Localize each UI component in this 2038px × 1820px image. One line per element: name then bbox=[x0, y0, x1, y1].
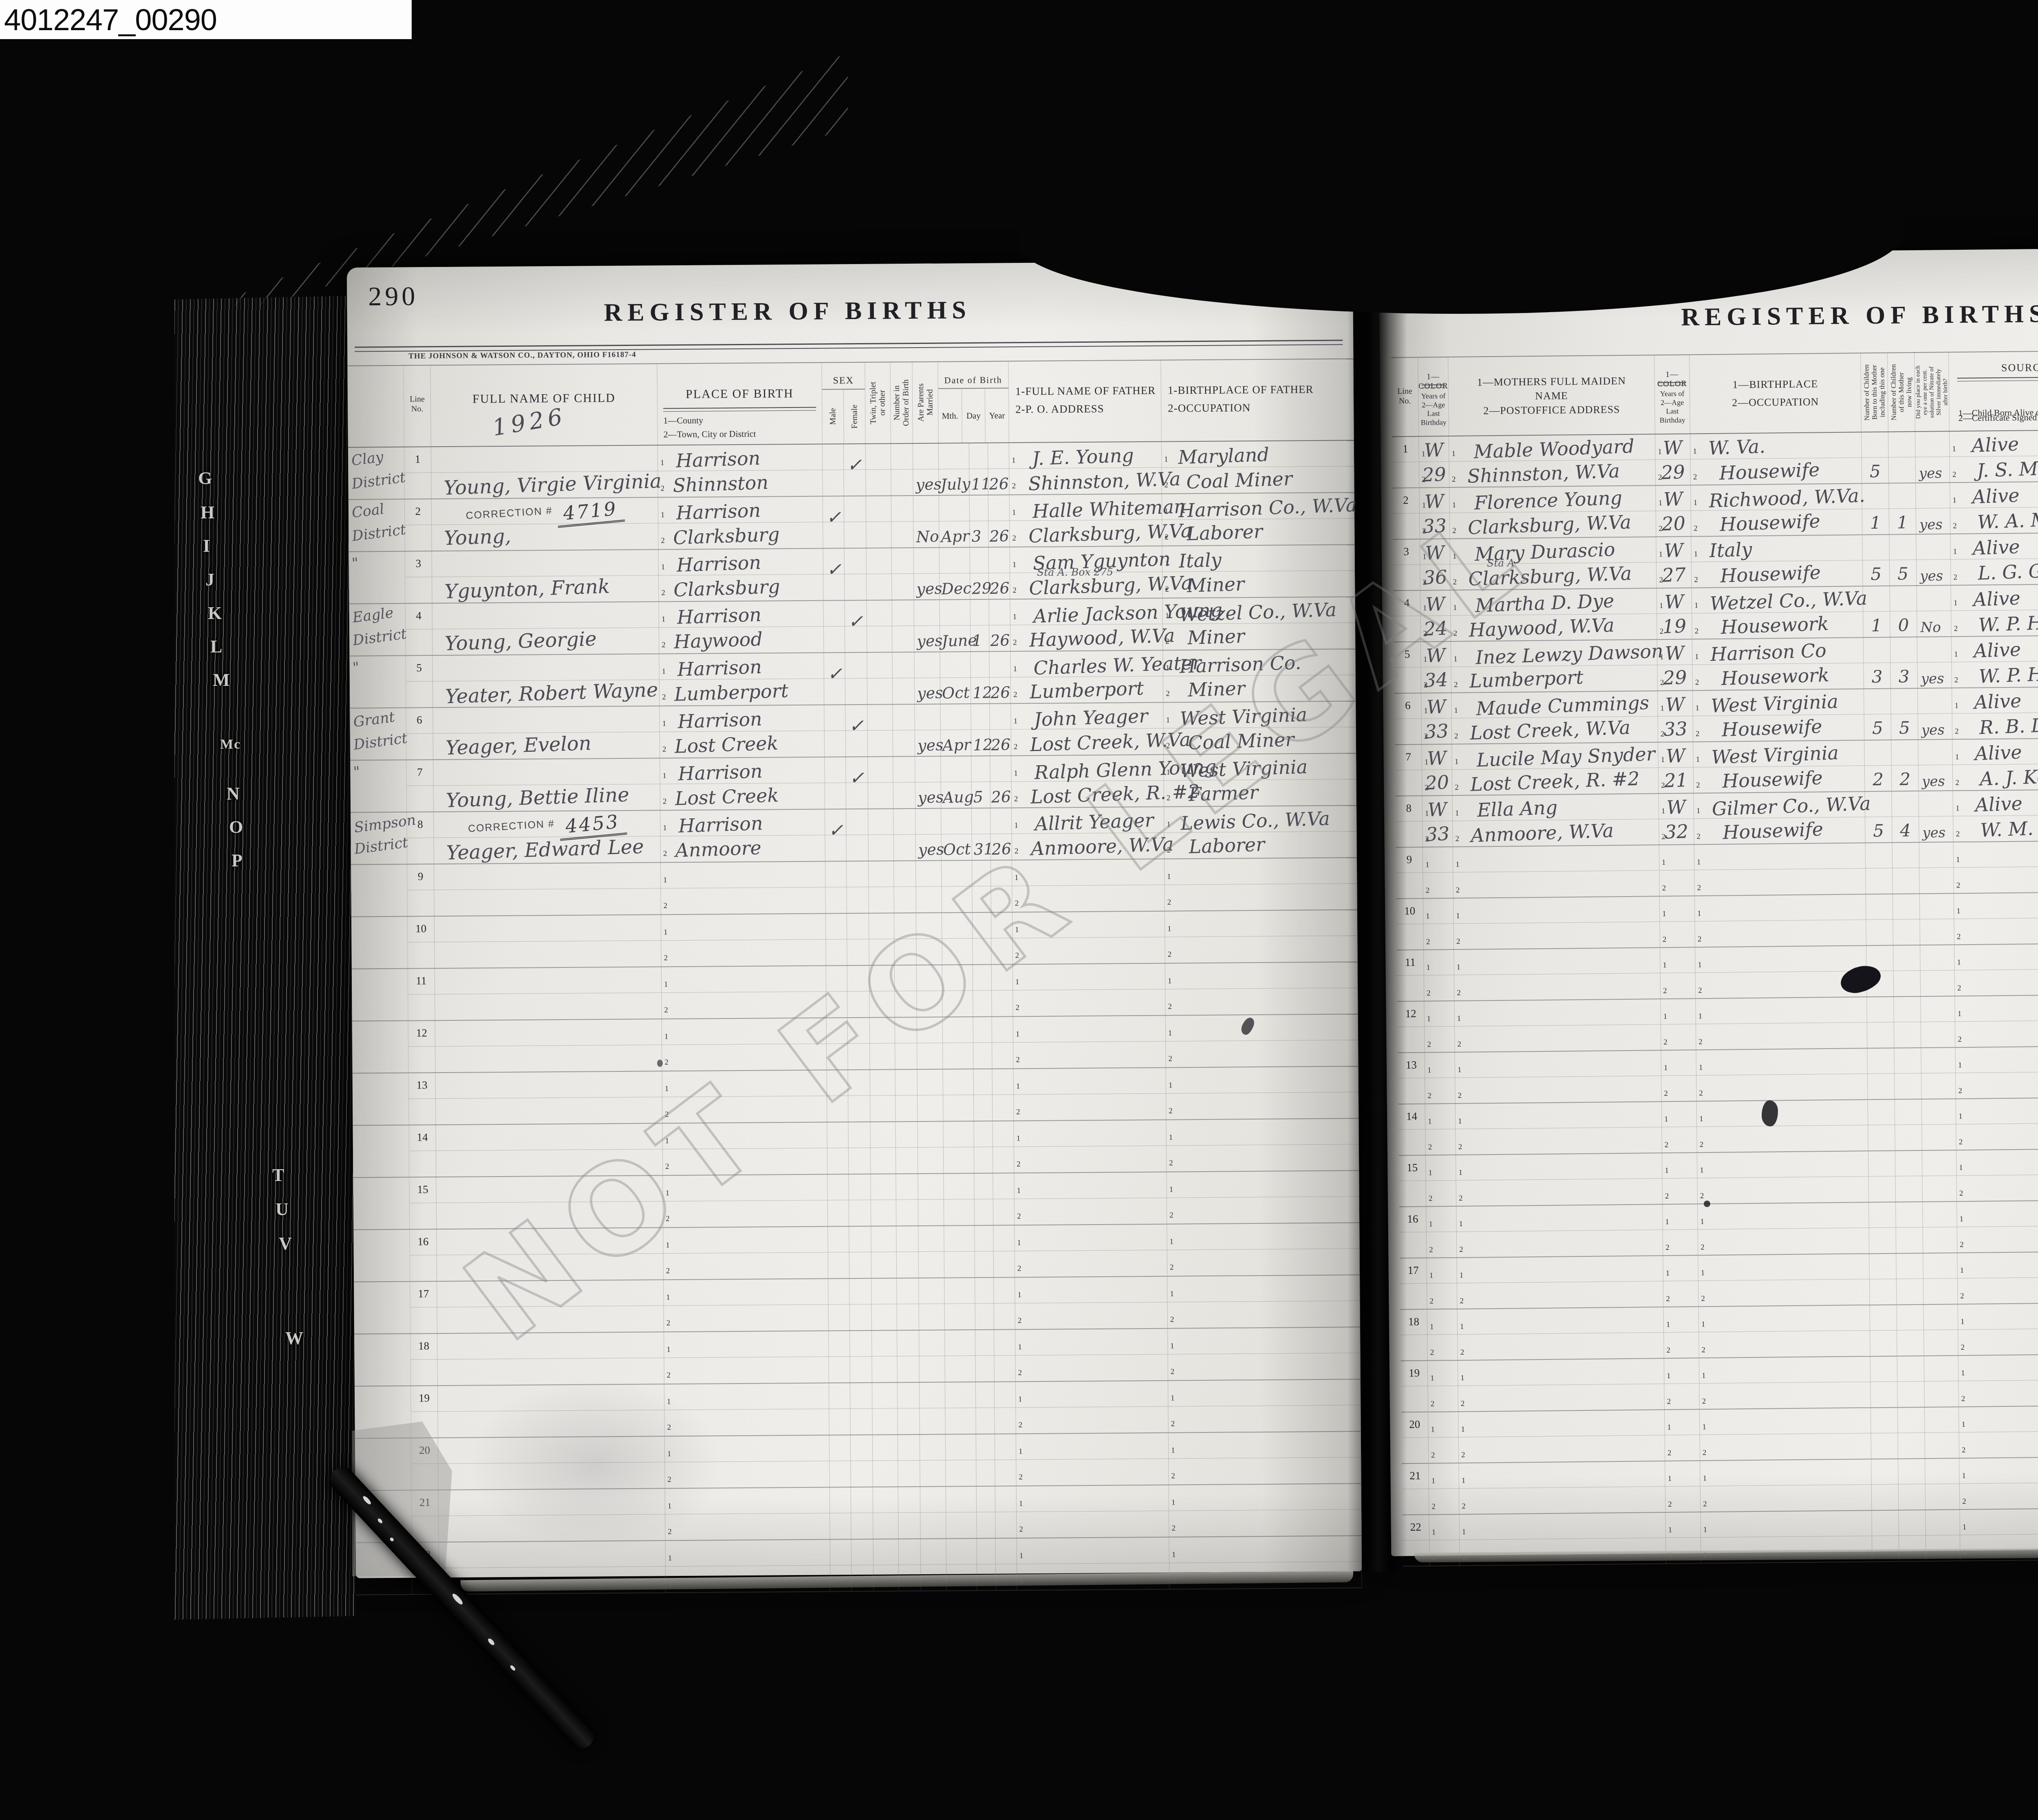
place-of-birth-header: PLACE OF BIRTH 1—County 2—Town, City or … bbox=[657, 363, 822, 445]
cell-dob-mth bbox=[942, 965, 973, 1017]
cell-father-name: 12 bbox=[1015, 1225, 1167, 1277]
subline-marker-1: 1 bbox=[1963, 1523, 1967, 1532]
cell-mother-color-age: 12 bbox=[1664, 1358, 1700, 1409]
silver-nitrate-answer: yes bbox=[1921, 670, 1944, 687]
subline-marker-2: 2 bbox=[665, 1162, 669, 1171]
father-occupation: Coal Miner bbox=[1186, 467, 1293, 493]
subline-marker-2: 2 bbox=[1694, 524, 1698, 533]
cell-twin bbox=[869, 913, 895, 965]
cell-mother-name: 12 bbox=[1458, 1410, 1665, 1463]
cell-twin bbox=[870, 1122, 896, 1173]
alphabet-tab-n: N bbox=[227, 783, 240, 804]
cell-sex-female bbox=[849, 1227, 871, 1278]
certificate-signed-by: J. S. Maloy bbox=[1976, 456, 2038, 482]
mother-maiden-name: Inez Lewzy Dawson bbox=[1475, 640, 1663, 668]
subline-marker-1: 1 bbox=[1171, 1498, 1176, 1507]
certificate-signed-by: W. P. Hammer bbox=[1978, 609, 2038, 636]
subline-marker-2: 2 bbox=[1959, 1189, 1963, 1198]
subline-marker-1: 1 bbox=[1014, 769, 1018, 778]
line-number: 11 bbox=[408, 974, 435, 987]
cell-mother-name: 12Mary DurascioSta AClarksburg, W.Va bbox=[1450, 537, 1656, 590]
alphabet-tab-t: T bbox=[272, 1165, 285, 1185]
alphabet-tab-j: J bbox=[205, 569, 215, 590]
cell-dob-mth: July bbox=[939, 443, 970, 495]
subline-marker-1: 1 bbox=[1696, 755, 1700, 764]
cell-dob-mth bbox=[944, 1278, 975, 1330]
cell-married: yes bbox=[915, 809, 942, 860]
male-checkmark: ✓ bbox=[827, 663, 843, 684]
subline-marker-1: 1 bbox=[1693, 447, 1697, 456]
subline-marker-2: 2 bbox=[1957, 984, 1961, 993]
cell-mother-birthplace: 12 bbox=[1695, 895, 1866, 947]
subline-marker-2: 2 bbox=[1456, 937, 1460, 946]
subline-marker-2: 2 bbox=[1427, 1092, 1431, 1101]
child-name: Young, Georgie bbox=[444, 628, 597, 655]
mother-maiden-name: Maude Cummings bbox=[1476, 692, 1650, 720]
cell-mother-color-age: 12 bbox=[1659, 845, 1695, 896]
cell-place-of-birth: 12HarrisonLost Creek bbox=[659, 705, 825, 758]
cell-dob-year bbox=[994, 1278, 1015, 1329]
cell-twin bbox=[867, 705, 893, 756]
subline-marker-1: 1 bbox=[1694, 550, 1698, 559]
subline-marker-1: 1 bbox=[1017, 1291, 1021, 1300]
table-row: 151212121212 bbox=[1399, 1147, 2038, 1207]
dob-day: 5 bbox=[973, 788, 984, 806]
subline-marker-2: 2 bbox=[1696, 729, 1700, 738]
subline-marker-2: 2 bbox=[1169, 1107, 1173, 1116]
cell-mother-name: 12Ella AngAnmoore, W.Va bbox=[1452, 794, 1659, 846]
district-note: District bbox=[351, 469, 406, 493]
correction-number: 4453 bbox=[558, 810, 627, 841]
cell-dob-year: 26 bbox=[989, 547, 1010, 599]
dob-year: 26 bbox=[990, 579, 1010, 598]
subline-marker-1: 1 bbox=[1961, 1318, 1965, 1326]
subline-marker-1: 1 bbox=[1460, 1322, 1464, 1331]
certificate-signed-by: W. A. Marsh bbox=[1977, 507, 2038, 533]
mother-birthplace: Gilmer Co., W.Va bbox=[1712, 792, 1871, 820]
cell-district bbox=[353, 1073, 409, 1125]
subline-marker-1: 1 bbox=[661, 563, 665, 572]
mother-age: 32 bbox=[1659, 820, 1694, 843]
cell-sex-male bbox=[829, 1435, 851, 1487]
father-birthplace: Maryland bbox=[1178, 443, 1269, 468]
cell-dob-year bbox=[995, 1486, 1017, 1538]
mother-color: W bbox=[1657, 641, 1692, 665]
mother-birthplace: Wetzel Co., W.Va bbox=[1709, 587, 1868, 615]
cell-order bbox=[893, 757, 915, 808]
cell-district bbox=[353, 1126, 410, 1177]
subline-marker-1: 1 bbox=[661, 511, 665, 520]
cell-married bbox=[920, 1382, 946, 1434]
subline-marker-2: 2 bbox=[1695, 627, 1699, 636]
cell-married: yes bbox=[914, 548, 940, 599]
cell-married bbox=[919, 1278, 945, 1329]
subline-marker-1: 1 bbox=[1171, 1394, 1175, 1403]
cell-dob-day bbox=[974, 1122, 993, 1173]
mother-maiden-name: Mable Woodyard bbox=[1473, 435, 1634, 463]
subline-marker-1: 1 bbox=[1698, 961, 1702, 969]
subline-marker-2: 2 bbox=[1666, 1295, 1670, 1304]
father-age: 33 bbox=[1422, 822, 1453, 846]
father-name: Allrit Yeager bbox=[1034, 809, 1154, 835]
children-living-count: 3 bbox=[1890, 666, 1917, 687]
cell-place-of-birth: 12 bbox=[661, 914, 826, 966]
subline-marker-1: 1 bbox=[1016, 1082, 1020, 1091]
cell-sex-female bbox=[849, 1279, 872, 1330]
cell-source-of-information: 12 bbox=[1959, 1353, 2038, 1406]
mother-color: W bbox=[1656, 539, 1692, 562]
subline-marker-1: 1 bbox=[1697, 858, 1701, 867]
subline-marker-2: 2 bbox=[1427, 989, 1431, 998]
sex-header-group: SEX Male Female bbox=[822, 363, 865, 444]
district-note: District bbox=[351, 522, 407, 545]
cell-mother-birthplace: 12 bbox=[1697, 1100, 1868, 1152]
cell-children-living bbox=[1894, 1048, 1921, 1099]
cell-order bbox=[895, 965, 917, 1017]
subline-marker-2: 2 bbox=[662, 693, 666, 702]
subline-marker-1: 1 bbox=[663, 876, 667, 885]
cell-mother-birthplace: 12W. Va.Housewife bbox=[1690, 432, 1862, 485]
male-checkmark: ✓ bbox=[826, 507, 841, 528]
father-color: W bbox=[1421, 695, 1451, 718]
subline-marker-2: 2 bbox=[1695, 678, 1699, 687]
cell-children-born bbox=[1870, 1357, 1898, 1408]
father-color: W bbox=[1422, 798, 1453, 821]
dob-year: 26 bbox=[989, 527, 1010, 546]
subline-marker-1: 1 bbox=[1958, 1009, 1962, 1018]
cell-married bbox=[918, 1226, 944, 1277]
cell-dob-day bbox=[975, 1330, 995, 1382]
cell-order bbox=[894, 861, 916, 912]
cell-source-of-information: 12 bbox=[1955, 1045, 2038, 1098]
cell-place-of-birth: 12 bbox=[662, 1122, 827, 1175]
subline-marker-2: 2 bbox=[1454, 681, 1458, 690]
children-born-count: 5 bbox=[1863, 564, 1889, 584]
cell-dob-day: 12 bbox=[970, 652, 990, 703]
subline-marker-2: 2 bbox=[666, 1319, 671, 1328]
subline-marker-2: 2 bbox=[1169, 1211, 1173, 1220]
subline-marker-2: 2 bbox=[661, 536, 665, 545]
cell-child-name bbox=[435, 915, 662, 968]
subline-marker-2: 2 bbox=[666, 1214, 670, 1223]
paper-smudge bbox=[469, 1377, 721, 1553]
subline-marker-2: 2 bbox=[1459, 1245, 1463, 1254]
mother-birthplace: Richwood, W.Va. bbox=[1709, 484, 1866, 512]
cell-sex-male bbox=[826, 914, 847, 965]
mother-address: Lost Creek, W.Va bbox=[1469, 716, 1631, 744]
mother-age: 21 bbox=[1658, 769, 1694, 792]
subline-marker-1: 1 bbox=[1462, 1528, 1466, 1537]
father-age: 34 bbox=[1421, 668, 1451, 692]
cell-dob-year bbox=[995, 1382, 1016, 1433]
cell-father-color-age: 12W33 bbox=[1419, 488, 1450, 539]
district-note: Coal bbox=[351, 501, 385, 521]
mother-birthplace: W. Va. bbox=[1708, 435, 1765, 459]
mother-address: Lumberport bbox=[1469, 666, 1584, 692]
cell-father-birthplace: 12 bbox=[1166, 1014, 1359, 1067]
correction-stamp: CORRECTION #4719 bbox=[465, 498, 625, 532]
cell-district: " bbox=[350, 760, 407, 812]
cell-mother-birthplace: 12 bbox=[1696, 1049, 1868, 1101]
cell-order bbox=[896, 1226, 919, 1278]
cell-father-color-age: 12W33 bbox=[1422, 796, 1453, 847]
cell-silver-nitrate: yes bbox=[1918, 740, 1953, 791]
table-row: "5Yeater, Robert Wayne12HarrisonLumberpo… bbox=[349, 649, 1356, 708]
cell-sex-female bbox=[851, 1487, 873, 1539]
subline-marker-1: 1 bbox=[1457, 1014, 1461, 1023]
father-color-header: 1—COLOR Years of 2—Age Last Birthday bbox=[1418, 357, 1449, 436]
cell-order bbox=[894, 913, 917, 965]
cell-dob-day bbox=[973, 913, 992, 964]
cell-source-of-information: 12 bbox=[1956, 1148, 2038, 1201]
father-occupation: Miner bbox=[1187, 625, 1245, 649]
cell-silver-nitrate bbox=[1922, 1099, 1956, 1150]
birth-town: Lost Creek bbox=[675, 784, 779, 809]
subline-marker-1: 1 bbox=[1169, 1081, 1173, 1090]
father-occupation: Coal Miner bbox=[1188, 728, 1295, 754]
table-row: 212W3312Florence YoungClarksburg, W.Va12… bbox=[1392, 480, 2038, 540]
cell-father-color-age: 12 bbox=[1428, 1412, 1459, 1463]
subline-marker-1: 1 bbox=[1458, 1117, 1462, 1126]
cell-children-born bbox=[1869, 1203, 1896, 1254]
cell-place-of-birth: 12 bbox=[663, 1174, 828, 1227]
subline-marker-1: 1 bbox=[1426, 963, 1430, 972]
subline-marker-1: 1 bbox=[1956, 855, 1960, 864]
subline-marker-2: 2 bbox=[1167, 898, 1171, 907]
table-row: 512W3412Inez Lewzy DawsonLumberport12W29… bbox=[1394, 634, 2038, 694]
subline-marker-1: 1 bbox=[1666, 1320, 1670, 1329]
cell-children-living bbox=[1898, 1459, 1926, 1510]
subline-marker-1: 1 bbox=[1012, 560, 1017, 569]
cell-mother-birthplace: 12 bbox=[1698, 1203, 1869, 1255]
cell-source-of-information: 12Alive2:30 P.M.J. S. Maloy bbox=[1950, 429, 2038, 482]
cell-district: " bbox=[349, 656, 406, 708]
children-born-count: 3 bbox=[1864, 667, 1890, 687]
mother-color: W bbox=[1655, 436, 1690, 459]
dob-year: 26 bbox=[990, 631, 1010, 650]
subline-marker-2: 2 bbox=[1699, 1089, 1703, 1098]
subline-marker-2: 2 bbox=[1665, 1141, 1669, 1150]
cell-place-of-birth: 12 bbox=[662, 1018, 827, 1071]
cell-father-name: 12Allrit YeagerAnmoore, W.Va bbox=[1012, 807, 1165, 860]
cell-dob-year: 26 bbox=[988, 443, 1010, 494]
subline-marker-2: 2 bbox=[1457, 989, 1461, 998]
cell-mother-color-age: 12 bbox=[1660, 947, 1696, 998]
cell-dob-year bbox=[994, 1330, 1016, 1381]
cell-father-name: 12Halle WhitemanClarksburg, W.Va bbox=[1010, 494, 1162, 547]
subline-marker-1: 1 bbox=[1014, 821, 1018, 830]
cell-married: yes bbox=[915, 705, 941, 756]
cell-mother-color-age: 12W21 bbox=[1658, 742, 1694, 793]
birth-town: Anmoore bbox=[675, 837, 762, 862]
cell-father-birthplace: 12Lewis Co., W.VaLaborer bbox=[1164, 806, 1357, 858]
mother-address: Shinnston, W.Va bbox=[1467, 460, 1620, 487]
cell-mother-color-age: 12 bbox=[1665, 1410, 1700, 1461]
children-living-count: 4 bbox=[1892, 820, 1919, 841]
cell-child-name: Yguynton, Frank bbox=[432, 550, 659, 603]
cell-order bbox=[892, 600, 915, 652]
birth-county: Harrison bbox=[678, 812, 763, 837]
subline-marker-2: 2 bbox=[1701, 1346, 1705, 1355]
subline-marker-2: 2 bbox=[1017, 1160, 1021, 1169]
subline-marker-1: 1 bbox=[1458, 1066, 1462, 1075]
cell-married bbox=[920, 1434, 946, 1486]
cell-children-living bbox=[1897, 1305, 1924, 1356]
subline-marker-1: 1 bbox=[1018, 1343, 1022, 1352]
cell-twin bbox=[872, 1383, 898, 1434]
table-row: EagleDistrict4Young, Georgie12HarrisonHa… bbox=[349, 597, 1356, 656]
subline-marker-1: 1 bbox=[666, 1293, 670, 1302]
cell-children-living: 0 bbox=[1890, 586, 1917, 637]
table-row: 17121212 bbox=[354, 1275, 1360, 1334]
cell-dob-year: 26 bbox=[990, 704, 1011, 755]
subline-marker-1: 1 bbox=[1663, 1012, 1667, 1021]
born-alive-status: Alive bbox=[1974, 741, 2023, 765]
subline-marker-2: 2 bbox=[1017, 1212, 1021, 1221]
cell-child-name: CORRECTION #4453Yeager, Edward Lee bbox=[434, 811, 661, 864]
cell-father-color-age: 12 bbox=[1423, 899, 1454, 950]
subline-marker-1: 1 bbox=[1431, 1425, 1435, 1434]
cell-mother-birthplace: 12Wetzel Co., W.VaHousework bbox=[1692, 586, 1864, 639]
cell-dob-mth bbox=[944, 1174, 975, 1225]
cell-district bbox=[353, 1178, 410, 1229]
cell-father-birthplace: 12 bbox=[1166, 1066, 1359, 1119]
subline-marker-1: 1 bbox=[1693, 498, 1697, 507]
female-checkmark: ✓ bbox=[849, 768, 864, 789]
cell-child-name bbox=[436, 1071, 663, 1124]
subline-marker-1: 1 bbox=[1429, 1220, 1433, 1229]
subline-marker-2: 2 bbox=[1959, 1138, 1963, 1147]
cell-source-of-information: 12 bbox=[1954, 891, 2038, 944]
table-row: 15121212 bbox=[353, 1171, 1359, 1230]
father-color: W bbox=[1419, 490, 1450, 513]
dob-header-group: Date of Birth Mth. Day Year bbox=[938, 361, 1009, 443]
mother-birthplace: West Virginia bbox=[1710, 690, 1838, 717]
subline-marker-2: 2 bbox=[1455, 835, 1459, 844]
cell-silver-nitrate bbox=[1923, 1253, 1958, 1304]
subline-marker-1: 1 bbox=[1168, 977, 1172, 986]
district-note: District bbox=[353, 730, 408, 754]
subline-marker-1: 1 bbox=[1013, 665, 1017, 674]
cell-dob-mth: Apr bbox=[940, 704, 971, 756]
cell-sex-male: ✓ bbox=[825, 809, 847, 861]
subline-marker-1: 1 bbox=[1428, 1169, 1432, 1178]
cell-mother-color-age: 12 bbox=[1661, 999, 1696, 1050]
subline-marker-1: 1 bbox=[1169, 1238, 1173, 1247]
father-birthplace: Italy bbox=[1178, 549, 1222, 572]
cell-father-name: 12Arlie Jackson YoungHaywood, W.Va bbox=[1010, 599, 1163, 651]
cell-sex-male bbox=[825, 757, 846, 809]
cell-child-name: Young, Bettie Iline bbox=[433, 758, 660, 811]
rule bbox=[1957, 375, 2038, 381]
cell-father-birthplace: 12West VirginiaCoal Miner bbox=[1163, 701, 1356, 754]
cell-mother-birthplace: 12 bbox=[1699, 1357, 1871, 1409]
cell-silver-nitrate: yes bbox=[1915, 432, 1950, 483]
cell-children-living bbox=[1893, 894, 1920, 945]
cell-children-living bbox=[1893, 945, 1921, 996]
birth-town: Shinnston bbox=[673, 471, 769, 496]
table-row: 141212121212 bbox=[1398, 1096, 2038, 1156]
subline-marker-1: 1 bbox=[665, 1137, 669, 1146]
cell-dob-day bbox=[972, 861, 991, 912]
subline-marker-1: 1 bbox=[1458, 1168, 1462, 1177]
subline-marker-2: 2 bbox=[1016, 1055, 1020, 1064]
dob-year: 26 bbox=[991, 840, 1012, 859]
cell-mother-name: 12Inez Lewzy DawsonLumberport bbox=[1451, 640, 1658, 692]
subline-marker-1: 1 bbox=[1960, 1266, 1964, 1275]
father-age: 33 bbox=[1419, 514, 1450, 538]
births-table-right: Line No. 1—COLOR Years of 2—Age Last Bir… bbox=[1380, 348, 2038, 1567]
order-header: Number in Order of Birth bbox=[890, 362, 913, 443]
cell-child-name bbox=[436, 1176, 663, 1229]
cell-silver-nitrate bbox=[1919, 842, 1954, 893]
cell-sex-male bbox=[825, 862, 847, 913]
cell-source-of-information: 12Alive1:35 P.M.W. P. Hammer bbox=[1951, 583, 2038, 636]
subline-marker-2: 2 bbox=[1460, 1297, 1464, 1306]
born-alive-status: Alive bbox=[1971, 433, 2019, 456]
subline-marker-1: 1 bbox=[665, 1084, 669, 1093]
cell-sex-male bbox=[830, 1487, 851, 1539]
table-row: 712W2012Lucile May SnyderLost Creek, R. … bbox=[1395, 736, 2038, 796]
cell-father-color-age: 12W20 bbox=[1422, 745, 1452, 795]
cell-silver-nitrate bbox=[1925, 1407, 1959, 1458]
subline-marker-2: 2 bbox=[663, 849, 667, 858]
children-living-count: 2 bbox=[1892, 769, 1918, 789]
table-row: "3Yguynton, Frank12HarrisonClarksburg✓ye… bbox=[349, 545, 1355, 604]
father-color: W bbox=[1420, 644, 1451, 667]
child-name: Young, Bettie Iline bbox=[446, 783, 629, 812]
cell-sex-male bbox=[827, 1018, 848, 1069]
scan-id-strip: 4012247_00290 bbox=[0, 0, 412, 39]
father-birthplace: West Virginia bbox=[1180, 756, 1308, 782]
cell-dob-day bbox=[974, 1069, 993, 1121]
subline-marker-1: 1 bbox=[1427, 1066, 1431, 1075]
alphabet-tab-g: G bbox=[198, 468, 213, 489]
cell-twin bbox=[868, 757, 893, 808]
cell-sex-female bbox=[847, 966, 870, 1017]
subline-marker-1: 1 bbox=[1955, 753, 1959, 762]
subline-marker-2: 2 bbox=[1955, 778, 1959, 787]
cell-child-name: Yeager, Evelon bbox=[433, 706, 660, 759]
cell-mother-color-age: 12W32 bbox=[1659, 793, 1694, 844]
cell-twin bbox=[870, 1018, 895, 1069]
subline-marker-2: 2 bbox=[1960, 1241, 1964, 1249]
right-page: 290 REGISTER OF BIRTHS Line No. 1—COLOR … bbox=[1379, 246, 2038, 1556]
alphabet-tab-u: U bbox=[276, 1199, 289, 1220]
line-number: 4 bbox=[406, 609, 432, 622]
subline-marker-2: 2 bbox=[1015, 951, 1019, 960]
subline-marker-2: 2 bbox=[1701, 1243, 1705, 1252]
cell-mother-birthplace: 12Richwood, W.Va.Housewife bbox=[1691, 484, 1862, 536]
cell-place-of-birth: 12 bbox=[661, 862, 826, 914]
mother-occupation: Housework bbox=[1721, 664, 1830, 690]
cell-father-birthplace: 12 bbox=[1166, 1119, 1359, 1171]
certificate-signed-by: A. J. Kemper bbox=[1979, 764, 2038, 790]
cell-mother-color-age: 12W19 bbox=[1657, 588, 1692, 639]
table-row: "7Young, Bettie Iline12HarrisonLost Cree… bbox=[350, 754, 1356, 813]
cell-silver-nitrate bbox=[1921, 996, 1955, 1047]
cell-line-no: 9 bbox=[407, 864, 435, 916]
subline-marker-2: 2 bbox=[1665, 1243, 1670, 1252]
cell-sex-female bbox=[848, 1122, 871, 1174]
cell-dob-day bbox=[975, 1226, 994, 1277]
parents-married: yes bbox=[918, 788, 944, 807]
microfilm-scan: { "scan_label": "4012247_00290", "waterm… bbox=[0, 0, 2038, 1820]
cell-order bbox=[891, 496, 914, 547]
cell-dob-day: 3 bbox=[970, 496, 989, 547]
cell-sex-male bbox=[823, 444, 844, 496]
cell-sex-female bbox=[844, 496, 867, 548]
